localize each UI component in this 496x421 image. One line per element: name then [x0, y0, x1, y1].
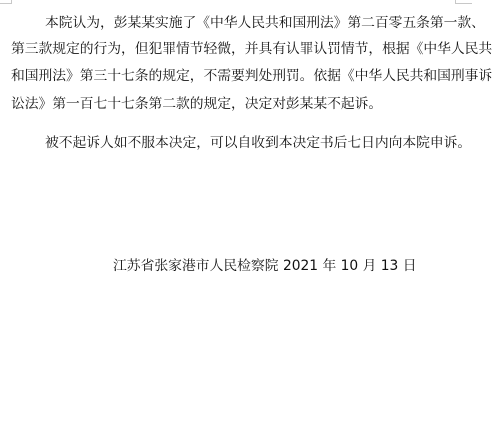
paragraph-line: 第三款规定的行为，但犯罪情节轻微，并具有认罪认罚情节，根据《中华人民共	[11, 41, 492, 57]
paragraph-line: 本院认为，彭某某实施了《中华人民共和国刑法》第二百零五条第一款、	[45, 15, 485, 31]
signature-and-date: 江苏省张家港市人民检察院 2021 年 10 月 13 日	[113, 258, 417, 274]
margin-corner-mark-top-right	[455, 0, 472, 4]
margin-corner-mark-top-left	[0, 0, 12, 4]
paragraph-line: 讼法》第一百七十七条第二款的规定，决定对彭某某不起诉。	[11, 96, 382, 112]
paragraph-line: 被不起诉人如不服本决定，可以自收到本决定书后七日内向本院申诉。	[45, 135, 471, 151]
paragraph-line: 和国刑法》第三十七条的规定，不需要判处刑罚。依据《中华人民共和国刑事诉	[11, 68, 492, 84]
